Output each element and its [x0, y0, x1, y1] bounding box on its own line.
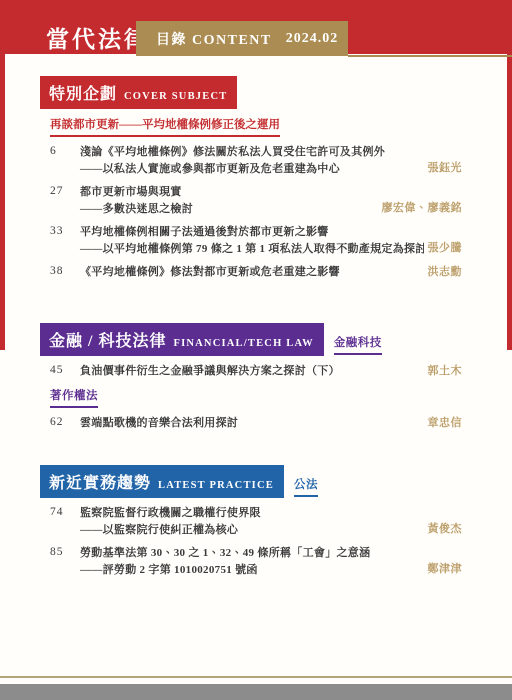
group-label: 金融科技	[334, 336, 382, 355]
section-title-zh: 特別企劃	[49, 86, 117, 103]
section-cover-subject: 特別企劃COVER SUBJECT再談都市更新——平均地權條例修正後之運用6淺論…	[40, 76, 462, 281]
page-number: 6	[50, 145, 57, 157]
article-title: 勞動基準法第 30、30 之 1、32、49 條所稱「工會」之意涵——評勞動 2…	[80, 545, 462, 578]
page-number: 74	[50, 506, 64, 518]
author-name: 廖宏偉、廖義銘	[378, 199, 463, 215]
group-label: 再談都市更新——平均地權條例修正後之運用	[50, 118, 280, 137]
right-border-strip	[507, 0, 512, 350]
page-number: 62	[50, 416, 64, 428]
article-title-line: 淺論《平均地權條例》修法關於私法人買受住宅許可及其例外	[80, 144, 462, 161]
page-number: 45	[50, 364, 64, 376]
footer-rule	[0, 676, 512, 678]
toc-content: 特別企劃COVER SUBJECT再談都市更新——平均地權條例修正後之運用6淺論…	[40, 54, 462, 578]
section-title-en: LATEST PRACTICE	[158, 480, 274, 491]
group-label: 公法	[294, 478, 318, 497]
left-border-strip	[0, 0, 5, 350]
author-name: 張少騰	[424, 239, 463, 255]
article-title-line: 平均地權條例相關子法通過後對於都市更新之影響	[80, 224, 462, 241]
author-name: 鄭津津	[424, 560, 463, 576]
article-title: 《平均地權條例》修法對都市更新或危老重建之影響	[80, 264, 462, 281]
author-name: 張鈺光	[424, 159, 463, 175]
article-title: 平均地權條例相關子法通過後對於都市更新之影響——以平均地權條例第 79 條之 1…	[80, 224, 462, 257]
toc-title: 目錄 CONTENT	[156, 29, 272, 49]
toc-item: 74監察院監督行政機關之職權行使界限——以監察院行使糾正權為核心黃俊杰	[40, 505, 462, 538]
page-number: 33	[50, 225, 64, 237]
article-title-line: 勞動基準法第 30、30 之 1、32、49 條所稱「工會」之意涵	[80, 545, 462, 562]
section-title-en: FINANCIAL/TECH LAW	[173, 338, 313, 349]
author-name: 章忠信	[424, 414, 463, 430]
article-title: 負油價事件衍生之金融爭議與解決方案之探討（下）	[80, 363, 462, 380]
article-title-line: ——以私法人實施或參與都市更新及危老重建為中心	[80, 161, 462, 178]
toc-title-bar: 目錄 CONTENT 2024.02	[136, 21, 348, 56]
toc-item: 33平均地權條例相關子法通過後對於都市更新之影響——以平均地權條例第 79 條之…	[40, 224, 462, 257]
page-number: 38	[50, 265, 64, 277]
article-title-line: 雲端點歌機的音樂合法利用探討	[80, 415, 462, 432]
article-title-line: ——評勞動 2 字第 1010020751 號函	[80, 562, 462, 579]
issue-number: 2024.02	[286, 31, 339, 47]
author-name: 黃俊杰	[424, 520, 463, 536]
author-name: 郭土木	[424, 362, 463, 378]
article-title-line: 《平均地權條例》修法對都市更新或危老重建之影響	[80, 264, 462, 281]
toc-item: 62雲端點歌機的音樂合法利用探討章忠信	[40, 415, 462, 432]
toc-item: 38《平均地權條例》修法對都市更新或危老重建之影響洪志勳	[40, 264, 462, 281]
article-title: 淺論《平均地權條例》修法關於私法人買受住宅許可及其例外——以私法人實施或參與都市…	[80, 144, 462, 177]
section-title-zh: 金融 / 科技法律	[49, 333, 166, 350]
article-title-line: ——以平均地權條例第 79 條之 1 第 1 項私法人取得不動產規定為探討重點	[80, 241, 462, 258]
toc-item: 6淺論《平均地權條例》修法關於私法人買受住宅許可及其例外——以私法人實施或參與都…	[40, 144, 462, 177]
section-header: 特別企劃COVER SUBJECT	[40, 76, 237, 109]
toc-item: 85勞動基準法第 30、30 之 1、32、49 條所稱「工會」之意涵——評勞動…	[40, 545, 462, 578]
toc-item: 27都市更新市場與現實——多數決迷思之檢討廖宏偉、廖義銘	[40, 184, 462, 217]
magazine-logo: 當代法律	[46, 21, 150, 54]
page-bottom-edge	[0, 684, 512, 700]
article-title-line: ——以監察院行使糾正權為核心	[80, 522, 462, 539]
page-number: 27	[50, 185, 64, 197]
article-title-line: 負油價事件衍生之金融爭議與解決方案之探討（下）	[80, 363, 462, 380]
article-title: 監察院監督行政機關之職權行使界限——以監察院行使糾正權為核心	[80, 505, 462, 538]
toc-page: 當代法律 目錄 CONTENT 2024.02 特別企劃COVER SUBJEC…	[0, 0, 512, 700]
page-number: 85	[50, 546, 64, 558]
section-financial-tech-law: 金融 / 科技法律FINANCIAL/TECH LAW金融科技45負油價事件衍生…	[40, 323, 462, 432]
section-latest-practice: 新近實務趨勢LATEST PRACTICE公法74監察院監督行政機關之職權行使界…	[40, 465, 462, 578]
article-title-line: 監察院監督行政機關之職權行使界限	[80, 505, 462, 522]
section-header: 金融 / 科技法律FINANCIAL/TECH LAW	[40, 323, 324, 356]
article-title: 雲端點歌機的音樂合法利用探討	[80, 415, 462, 432]
section-title-en: COVER SUBJECT	[124, 91, 227, 102]
section-title-zh: 新近實務趨勢	[49, 475, 151, 492]
group-label: 著作權法	[50, 389, 98, 408]
toc-item: 45負油價事件衍生之金融爭議與解決方案之探討（下）郭土木	[40, 363, 462, 380]
section-header: 新近實務趨勢LATEST PRACTICE	[40, 465, 284, 498]
author-name: 洪志勳	[424, 263, 463, 279]
